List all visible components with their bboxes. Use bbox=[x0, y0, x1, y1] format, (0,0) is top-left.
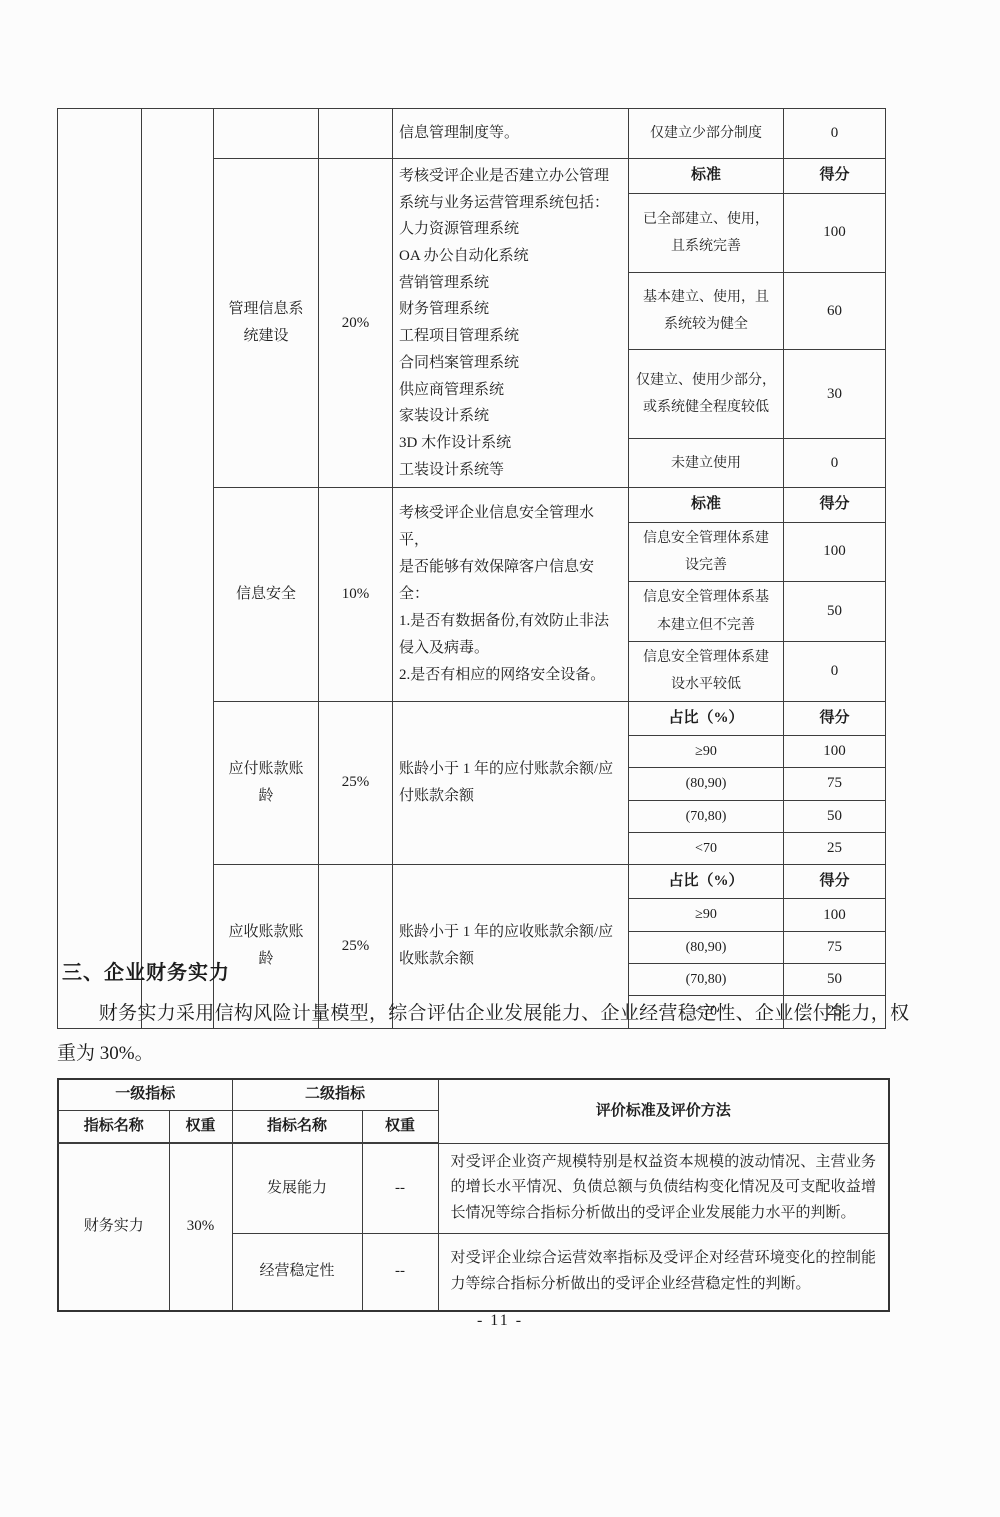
evaluation-criteria-table: 信息管理制度等。 仅建立少部分制度 0 管理信息系 统建设 20% 考核受评企业… bbox=[57, 108, 886, 1029]
primary-name-cell: 财务实力 bbox=[58, 1143, 169, 1311]
weight-header-cell: 权重 bbox=[169, 1110, 232, 1143]
method-header-cell: 评价标准及评价方法 bbox=[438, 1079, 889, 1143]
description-cell: 考核受评企业是否建立办公管理 系统与业务运营管理系统包括： 人力资源管理系统 O… bbox=[393, 159, 629, 488]
score-cell: 50 bbox=[784, 582, 886, 642]
score-cell: 75 bbox=[784, 931, 886, 963]
standard-cell: 信息安全管理体系建 设完善 bbox=[629, 522, 784, 582]
standard-cell: 已全部建立、使用， 且系统完善 bbox=[629, 193, 784, 272]
name-header-cell: 指标名称 bbox=[58, 1110, 169, 1143]
name-header-cell: 指标名称 bbox=[232, 1110, 362, 1143]
weight-cell: 25% bbox=[319, 701, 393, 864]
score-cell: 0 bbox=[784, 439, 886, 488]
method-cell: 对受评企业资产规模特别是权益资本规模的波动情况、主营业务的增长水平情况、负债总额… bbox=[438, 1143, 889, 1233]
standard-cell: 信息安全管理体系基 本建立但不完善 bbox=[629, 582, 784, 642]
score-cell: 0 bbox=[784, 109, 886, 159]
score-header-cell: 得分 bbox=[784, 488, 886, 522]
table2-row: 财务实力 30% 发展能力 -- 对受评企业资产规模特别是权益资本规模的波动情况… bbox=[58, 1143, 889, 1233]
level1-header-cell: 一级指标 bbox=[58, 1079, 232, 1110]
score-cell: 30 bbox=[784, 350, 886, 439]
indicator-name-cell: 信息安全 bbox=[214, 488, 319, 701]
section-paragraph: 财务实力采用信构风险计量模型，综合评估企业发展能力、企业经营稳定性、企业偿付能力… bbox=[57, 994, 909, 1075]
weight-cell: 20% bbox=[319, 159, 393, 488]
weight-cell: 10% bbox=[319, 488, 393, 701]
weight-cell bbox=[319, 109, 393, 159]
score-cell: 100 bbox=[784, 899, 886, 931]
score-header-cell: 得分 bbox=[784, 865, 886, 899]
standard-cell: 仅建立少部分制度 bbox=[629, 109, 784, 159]
secondary-weight-cell: -- bbox=[362, 1143, 438, 1233]
indicator-name-cell: 管理信息系 统建设 bbox=[214, 159, 319, 488]
score-header-cell: 得分 bbox=[784, 701, 886, 735]
document-page: { "page": { "footer": "- 11 -" }, "table… bbox=[0, 0, 1000, 1517]
score-cell: 100 bbox=[784, 735, 886, 767]
description-cell: 账龄小于 1 年的应付账款余额/应 付账款余额 bbox=[393, 701, 629, 864]
score-header-cell: 得分 bbox=[784, 159, 886, 194]
score-cell: 50 bbox=[784, 800, 886, 832]
score-cell: 0 bbox=[784, 642, 886, 702]
level2-header-cell: 二级指标 bbox=[232, 1079, 438, 1110]
standard-cell: ≥90 bbox=[629, 899, 784, 931]
blank-col-2 bbox=[142, 109, 214, 1029]
score-cell: 50 bbox=[784, 963, 886, 995]
indicator-name-cell bbox=[214, 109, 319, 159]
secondary-weight-cell: -- bbox=[362, 1233, 438, 1311]
standard-cell: <70 bbox=[629, 832, 784, 864]
table2-header-row-1: 一级指标 二级指标 评价标准及评价方法 bbox=[58, 1079, 889, 1110]
score-cell: 100 bbox=[784, 522, 886, 582]
standard-header-cell: 占比（%） bbox=[629, 701, 784, 735]
standard-cell: 基本建立、使用，且 系统较为健全 bbox=[629, 272, 784, 349]
standard-cell: (70,80) bbox=[629, 800, 784, 832]
score-cell: 100 bbox=[784, 193, 886, 272]
score-cell: 60 bbox=[784, 272, 886, 349]
section-heading: 三、企业财务实力 bbox=[62, 956, 230, 985]
standard-header-cell: 标准 bbox=[629, 159, 784, 194]
description-cell: 信息管理制度等。 bbox=[393, 109, 629, 159]
standard-cell: (80,90) bbox=[629, 931, 784, 963]
standard-cell: 仅建立、使用少部分， 或系统健全程度较低 bbox=[629, 350, 784, 439]
standard-cell: (70,80) bbox=[629, 963, 784, 995]
standard-cell: 未建立使用 bbox=[629, 439, 784, 488]
standard-cell: (80,90) bbox=[629, 768, 784, 800]
blank-col-1 bbox=[58, 109, 142, 1029]
indicator-name-cell: 应付账款账 龄 bbox=[214, 701, 319, 864]
standard-header-cell: 标准 bbox=[629, 488, 784, 522]
primary-weight-cell: 30% bbox=[169, 1143, 232, 1311]
weight-header-cell: 权重 bbox=[362, 1110, 438, 1143]
standard-cell: 信息安全管理体系建 设水平较低 bbox=[629, 642, 784, 702]
description-cell: 考核受评企业信息安全管理水平， 是否能够有效保障客户信息安全： 1.是否有数据备… bbox=[393, 488, 629, 701]
secondary-name-cell: 经营稳定性 bbox=[232, 1233, 362, 1311]
page-number: - 11 - bbox=[0, 1312, 1000, 1330]
standard-header-cell: 占比（%） bbox=[629, 865, 784, 899]
carryover-row: 信息管理制度等。 仅建立少部分制度 0 bbox=[58, 109, 886, 159]
financial-strength-table: 一级指标 二级指标 评价标准及评价方法 指标名称 权重 指标名称 权重 财务实力… bbox=[57, 1078, 890, 1312]
score-cell: 75 bbox=[784, 768, 886, 800]
secondary-name-cell: 发展能力 bbox=[232, 1143, 362, 1233]
score-cell: 25 bbox=[784, 832, 886, 864]
method-cell: 对受评企业综合运营效率指标及受评企对经营环境变化的控制能力等综合指标分析做出的受… bbox=[438, 1233, 889, 1311]
standard-cell: ≥90 bbox=[629, 735, 784, 767]
